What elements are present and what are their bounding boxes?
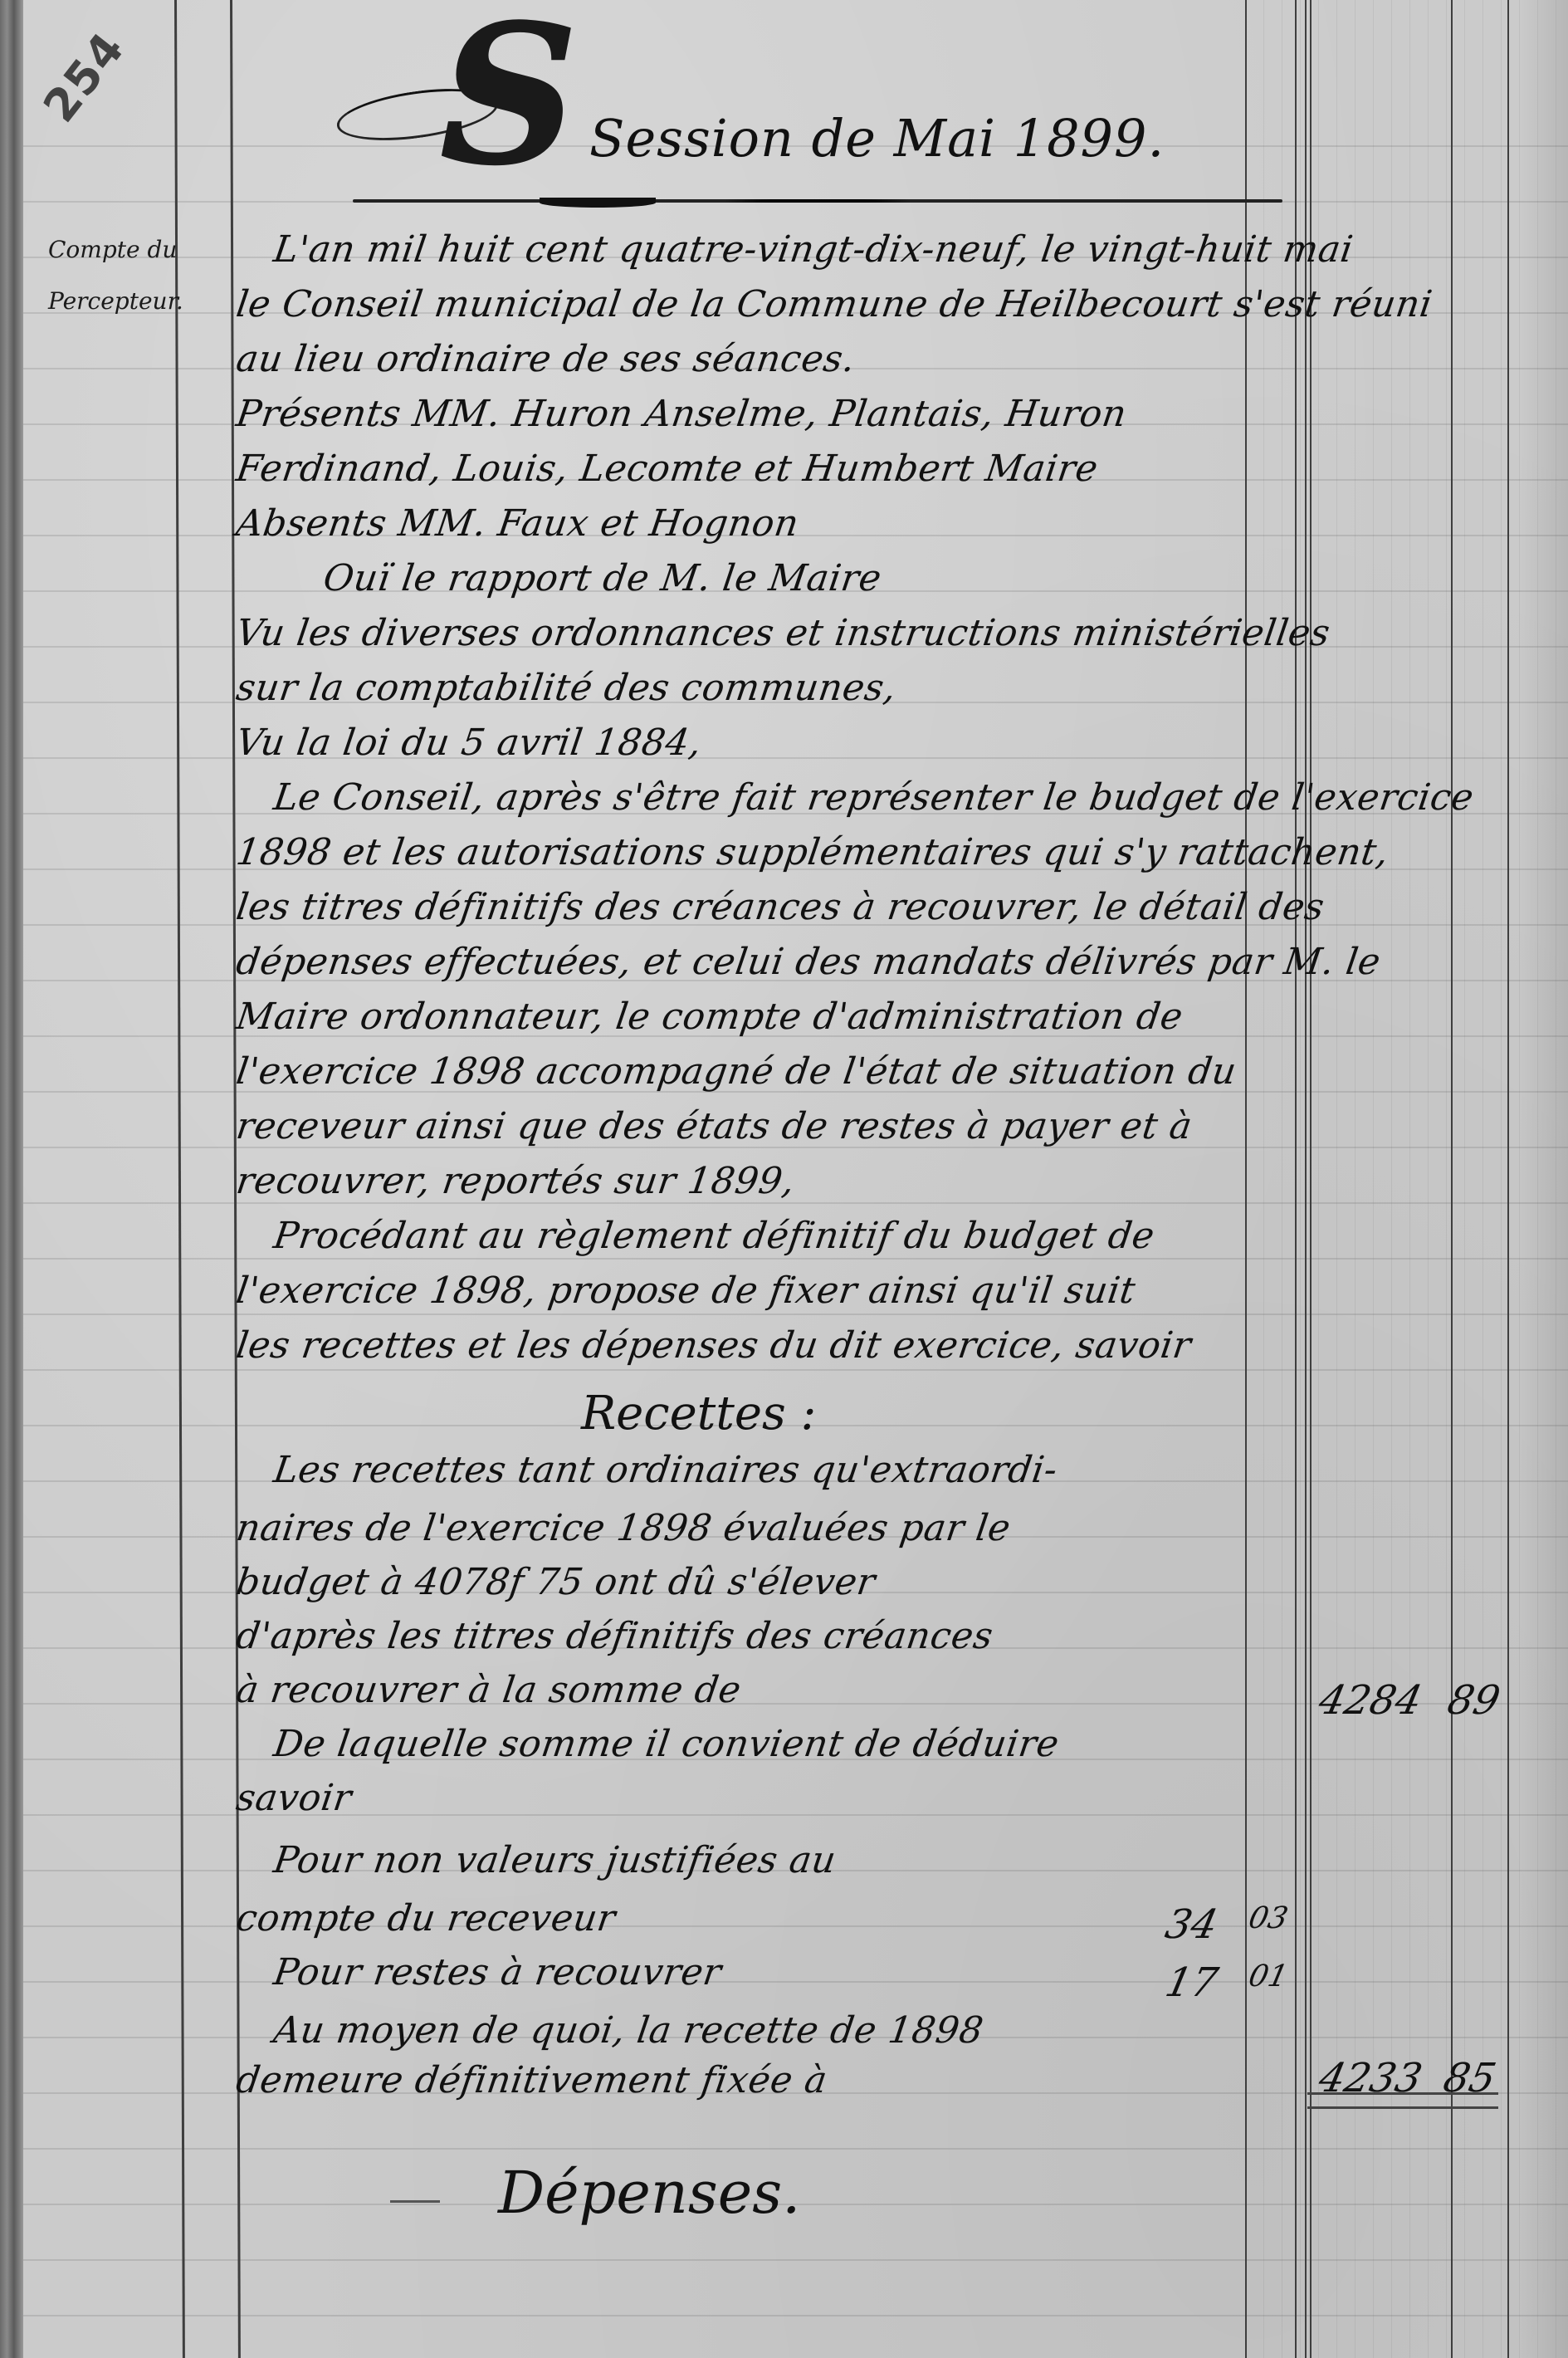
minutes-line: 1898 et les autorisations supplémentaire… bbox=[233, 831, 1526, 873]
heading-underline-swell bbox=[540, 198, 656, 208]
minutes-line: Maire ordonnateur, le compte d'administr… bbox=[233, 996, 1526, 1038]
recettes-line: compte du receveur bbox=[233, 1897, 1526, 1940]
depenses-heading: Dépenses. bbox=[498, 2159, 800, 2227]
ledger-page: 254 S Session de Mai 1899. Compte du Per… bbox=[0, 0, 1568, 2358]
ornamental-capital: S bbox=[440, 0, 579, 191]
gross-total-francs: 4284 bbox=[1315, 1677, 1426, 1724]
minutes-line: Ouï le rapport de M. le Maire bbox=[320, 557, 1568, 599]
minutes-line: Vu les diverses ordonnances et instructi… bbox=[233, 612, 1526, 654]
margin-note: Compte du Percepteur. bbox=[48, 224, 189, 327]
recettes-line: Pour restes à recouvrer bbox=[271, 1951, 1563, 1994]
recettes-line: naires de l'exercice 1898 évaluées par l… bbox=[233, 1507, 1526, 1549]
margin-note-line: Compte du bbox=[48, 224, 189, 276]
faint-column-rule bbox=[1537, 0, 1538, 2358]
gross-total-centimes: 89 bbox=[1443, 1677, 1504, 1724]
minutes-line: dépenses effectuées, et celui des mandat… bbox=[233, 941, 1526, 983]
recettes-line: savoir bbox=[233, 1777, 1526, 1819]
recettes-line: budget à 4078f 75 ont dû s'élever bbox=[233, 1561, 1526, 1603]
recettes-line: Pour non valeurs justifiées au bbox=[271, 1839, 1563, 1881]
restes-centimes: 01 bbox=[1246, 1959, 1292, 1994]
minutes-line: Présents MM. Huron Anselme, Plantais, Hu… bbox=[233, 393, 1526, 435]
page-number-stamp: 254 bbox=[33, 22, 135, 131]
recettes-line: De laquelle somme il convient de déduire bbox=[271, 1723, 1563, 1765]
margin-line-1 bbox=[174, 0, 185, 2358]
minutes-line: Le Conseil, après s'être fait représente… bbox=[271, 776, 1563, 819]
non-valeurs-francs: 34 bbox=[1161, 1901, 1222, 1948]
page-heading: S Session de Mai 1899. bbox=[490, 50, 1065, 110]
minutes-line: recouvrer, reportés sur 1899, bbox=[233, 1160, 1526, 1202]
minutes-line: sur la comptabilité des communes, bbox=[233, 667, 1526, 709]
minutes-line: Ferdinand, Louis, Lecomte et Humbert Mai… bbox=[233, 448, 1526, 490]
minutes-line: l'exercice 1898 accompagné de l'état de … bbox=[233, 1050, 1526, 1093]
minutes-line: les titres définitifs des créances à rec… bbox=[233, 886, 1526, 928]
depenses-dash bbox=[390, 2200, 440, 2203]
minutes-line: au lieu ordinaire de ses séances. bbox=[233, 338, 1526, 380]
minutes-line: Vu la loi du 5 avril 1884, bbox=[233, 722, 1526, 764]
margin-note-line: Percepteur. bbox=[48, 276, 189, 327]
minutes-line: Procédant au règlement définitif du budg… bbox=[271, 1215, 1563, 1257]
minutes-line: les recettes et les dépenses du dit exer… bbox=[233, 1324, 1526, 1367]
minutes-line: l'exercice 1898, propose de fixer ainsi … bbox=[233, 1270, 1526, 1312]
page-edge-shadow bbox=[1518, 0, 1568, 2358]
faint-column-rule bbox=[1556, 0, 1556, 2358]
recettes-line: d'après les titres définitifs des créanc… bbox=[233, 1615, 1526, 1657]
heading-text: Session de Mai 1899. bbox=[589, 108, 1165, 169]
recettes-line: Les recettes tant ordinaires qu'extraord… bbox=[271, 1449, 1563, 1491]
recettes-line: Au moyen de quoi, la recette de 1898 bbox=[271, 2009, 1563, 2052]
heading-underline bbox=[353, 199, 1282, 203]
book-binding bbox=[0, 0, 23, 2358]
minutes-line: receveur ainsi que des états de restes à… bbox=[233, 1105, 1526, 1147]
minutes-line: L'an mil huit cent quatre-vingt-dix-neuf… bbox=[271, 228, 1563, 271]
recettes-heading: Recettes : bbox=[581, 1387, 816, 1441]
minutes-line: le Conseil municipal de la Commune de He… bbox=[233, 283, 1526, 325]
total-double-underline bbox=[1307, 2092, 1498, 2109]
restes-francs: 17 bbox=[1161, 1959, 1222, 2006]
non-valeurs-centimes: 03 bbox=[1246, 1901, 1292, 1935]
minutes-line: Absents MM. Faux et Hognon bbox=[233, 502, 1526, 545]
